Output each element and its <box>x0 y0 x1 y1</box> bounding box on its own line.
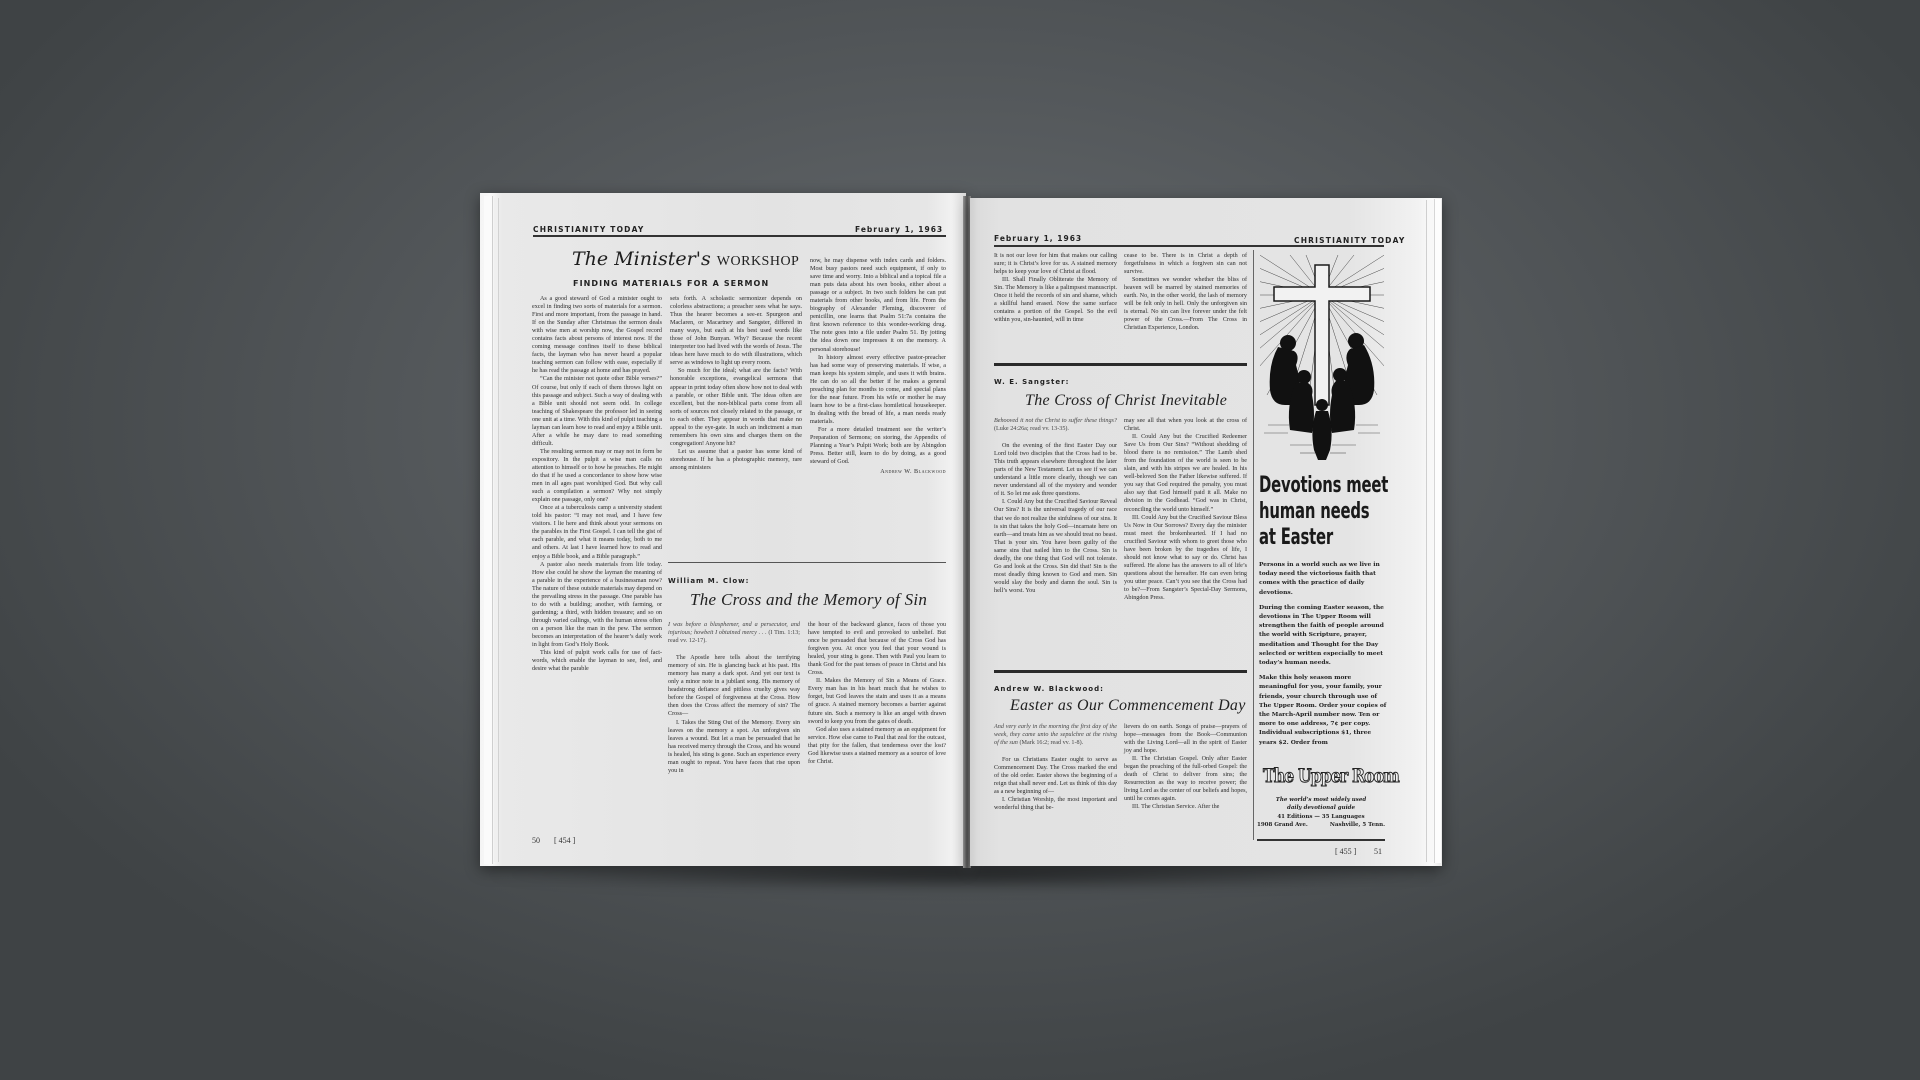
continued-column-b: cease to be. There is in Christ a depth … <box>1124 252 1247 332</box>
article-divider <box>668 562 946 563</box>
page-number-bracket: [ 455 ] <box>1335 847 1356 856</box>
paragraph: God also uses a stained memory as an equ… <box>808 726 946 766</box>
cross-with-praying-family-illustration <box>1260 255 1384 473</box>
paragraph: For a more detailed treatment see the wr… <box>810 426 946 466</box>
paragraph: The resulting sermon may or may not in f… <box>532 448 662 504</box>
article-byline: William M. Clow: <box>668 577 749 585</box>
paragraph: “Can the minister not quote other Bible … <box>532 375 662 447</box>
paragraph: It is not our love for him that makes ou… <box>994 252 1117 276</box>
article4-column-b: lievers do on earth. Songs of praise—pra… <box>1124 723 1247 812</box>
paragraph: The Apostle here tells about the terrify… <box>668 654 800 718</box>
ad-footer: The world’s most widely used daily devot… <box>1257 796 1385 830</box>
article4-column-a: And very early in the morning the first … <box>994 723 1117 812</box>
left-page-edge-inner <box>494 198 499 862</box>
paragraph: I. Could Any but the Crucified Saviour R… <box>994 498 1117 595</box>
left-page-edge <box>484 196 493 864</box>
paragraph: I. Takes the Sting Out of the Memory. Ev… <box>668 719 800 775</box>
scripture-reference: (Luke 24:26a; read vv. 13-35). <box>994 426 1069 432</box>
paragraph: This kind of pulpit work calls for use o… <box>532 649 662 673</box>
right-page-edge <box>1434 199 1441 863</box>
paragraph: II. Could Any but the Crucified Redeemer… <box>1124 433 1247 513</box>
epigraph: And very early in the morning the first … <box>994 723 1117 747</box>
running-head-magazine: CHRISTIANITY TODAY <box>533 225 645 234</box>
page-number: 50 <box>532 836 540 845</box>
upper-room-logo: The Upper Room <box>1263 765 1361 791</box>
article-title: Easter as Our Commencement Day <box>1010 697 1246 715</box>
paragraph: For us Christians Easter ought to serve … <box>994 756 1117 796</box>
column-1: As a good steward of God a minister ough… <box>532 295 662 673</box>
header-rule <box>533 235 946 237</box>
ad-paragraph: During the coming Easter season, the dev… <box>1259 603 1389 667</box>
article3-column-a: Behooved it not the Christ to suffer the… <box>994 417 1117 595</box>
epigraph: I was before a blasphemer, and a persecu… <box>668 621 800 645</box>
ad-column-divider <box>1253 250 1254 840</box>
paragraph: II. The Christian Gospel. Only after Eas… <box>1124 755 1247 803</box>
header-rule <box>994 245 1384 247</box>
ad-body: Persons in a world such as we live in to… <box>1259 560 1389 753</box>
subhead: FINDING MATERIALS FOR A SERMON <box>573 279 769 288</box>
paragraph: Once at a tuberculosis camp a university… <box>532 504 662 560</box>
paragraph: now, he may dispense with index cards an… <box>810 257 946 354</box>
article-title: The Cross of Christ Inevitable <box>1025 392 1227 410</box>
section-title-caps: WORKSHOP <box>717 254 800 269</box>
paragraph: On the evening of the first Easter Day o… <box>994 442 1117 498</box>
article-title: The Cross and the Memory of Sin <box>690 590 927 610</box>
ad-paragraph: Persons in a world such as we live in to… <box>1259 560 1389 597</box>
page-number-bracket: [ 454 ] <box>554 836 575 845</box>
article2-column-b: the hour of the backward glance, faces o… <box>808 621 946 766</box>
column-2: sets forth. A scholastic sermonizer depe… <box>670 295 802 472</box>
running-head-magazine: CHRISTIANITY TODAY <box>1294 236 1406 245</box>
paragraph: III. Could Any but the Crucified Saviour… <box>1124 514 1247 603</box>
column-3: now, he may dispense with index cards an… <box>810 257 946 476</box>
ad-headline-line: at Easter <box>1259 524 1351 550</box>
paragraph: may see all that when you look at the cr… <box>1124 417 1247 433</box>
ad-headline-line: Devotions meet <box>1259 472 1351 498</box>
article-byline: Andrew W. Blackwood: <box>994 685 1104 693</box>
paragraph: sets forth. A scholastic sermonizer depe… <box>670 295 802 367</box>
article-byline: W. E. Sangster: <box>994 378 1069 386</box>
ad-street: 1908 Grand Ave. <box>1257 821 1308 829</box>
running-head-date: February 1, 1963 <box>855 225 943 234</box>
ad-tagline: daily devotional guide <box>1257 804 1385 812</box>
article-divider <box>994 670 1247 673</box>
ad-tagline: The world’s most widely used <box>1257 796 1385 804</box>
epigraph-text: Behooved it not the Christ to suffer the… <box>994 418 1117 424</box>
ad-headline-line: human needs <box>1259 498 1351 524</box>
paragraph: In history almost every effective pastor… <box>810 354 946 426</box>
continued-column-a: It is not our love for him that makes ou… <box>994 252 1117 324</box>
ad-bottom-rule <box>1257 839 1385 841</box>
epigraph: Behooved it not the Christ to suffer the… <box>994 417 1117 433</box>
paragraph: II. Makes the Memory of Sin a Means of G… <box>808 677 946 725</box>
section-title: The Minister's WORKSHOP <box>572 248 799 270</box>
paragraph: lievers do on earth. Songs of praise—pra… <box>1124 723 1247 755</box>
paragraph: As a good steward of God a minister ough… <box>532 295 662 375</box>
paragraph: cease to be. There is in Christ a depth … <box>1124 252 1247 276</box>
paragraph: III. Shall Finally Obliterate the Memory… <box>994 276 1117 324</box>
page-number: 51 <box>1374 847 1382 856</box>
author-signature: Andrew W. Blackwood <box>810 468 946 476</box>
paragraph: I. Christian Worship, the most important… <box>994 796 1117 812</box>
running-head-date: February 1, 1963 <box>994 234 1082 243</box>
article3-column-b: may see all that when you look at the cr… <box>1124 417 1247 602</box>
paragraph: Let us assume that a pastor has some kin… <box>670 448 802 472</box>
ad-headline: Devotions meet human needs at Easter <box>1259 472 1351 550</box>
paragraph: III. The Christian Service. After the <box>1124 803 1247 811</box>
ad-city: Nashville, 5 Tenn. <box>1330 821 1385 829</box>
paragraph: Sometimes we wonder whether the bliss of… <box>1124 276 1247 332</box>
paragraph: A pastor also needs materials from life … <box>532 561 662 650</box>
scripture-reference: (Mark 16:2; read vv. 1-8). <box>1019 740 1083 746</box>
article-divider <box>994 363 1247 366</box>
section-title-script: The Minister's <box>572 248 711 270</box>
ad-editions: 41 Editions — 35 Languages <box>1257 813 1385 821</box>
paragraph: So much for the ideal; what are the fact… <box>670 367 802 447</box>
right-page-edge-inner <box>1426 200 1433 862</box>
paragraph: the hour of the backward glance, faces o… <box>808 621 946 677</box>
article2-column-a: I was before a blasphemer, and a persecu… <box>668 621 800 775</box>
ad-address: 1908 Grand Ave. Nashville, 5 Tenn. <box>1257 821 1385 829</box>
ad-paragraph: Make this holy season more meaningful fo… <box>1259 673 1389 747</box>
